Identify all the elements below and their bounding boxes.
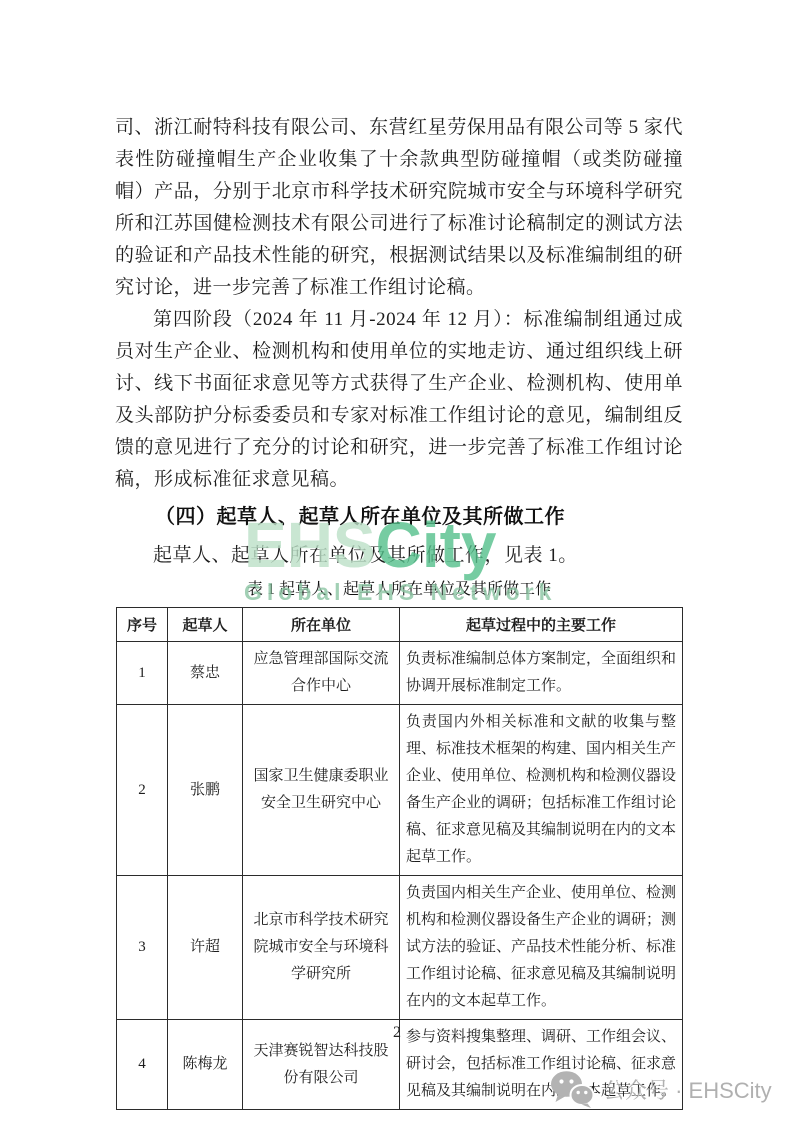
- lead-paragraph: 起草人、起草人所在单位及其所做工作，见表 1。: [115, 540, 683, 572]
- cell-name: 蔡忠: [168, 642, 243, 705]
- cell-work: 负责国内相关生产企业、使用单位、检测机构和检测仪器设备生产企业的调研；测试方法的…: [400, 876, 683, 1020]
- cell-org: 国家卫生健康委职业安全卫生研究中心: [243, 705, 400, 876]
- paragraph-stage4: 第四阶段（2024 年 11 月-2024 年 12 月）：标准编制组通过成员对…: [115, 304, 683, 496]
- wechat-badge-text: 公众号 · EHSCity: [603, 1074, 772, 1105]
- table-caption: 表 1 起草人、起草人所在单位及其所做工作: [115, 576, 683, 599]
- cell-seq: 2: [117, 705, 168, 876]
- col-header-name: 起草人: [168, 608, 243, 642]
- col-header-seq: 序号: [117, 608, 168, 642]
- table-row: 3 许超 北京市科学技术研究院城市安全与环境科学研究所 负责国内相关生产企业、使…: [117, 876, 683, 1020]
- table-header-row: 序号 起草人 所在单位 起草过程中的主要工作: [117, 608, 683, 642]
- page-content: 司、浙江耐特科技有限公司、东营红星劳保用品有限公司等 5 家代表性防碰撞帽生产企…: [115, 112, 683, 1110]
- cell-name: 张鹏: [168, 705, 243, 876]
- cell-seq: 3: [117, 876, 168, 1020]
- table-row: 2 张鹏 国家卫生健康委职业安全卫生研究中心 负责国内外相关标准和文献的收集与整…: [117, 705, 683, 876]
- cell-seq: 1: [117, 642, 168, 705]
- paragraph-continued: 司、浙江耐特科技有限公司、东营红星劳保用品有限公司等 5 家代表性防碰撞帽生产企…: [115, 112, 683, 304]
- page-number: 2: [0, 1024, 794, 1042]
- table-row: 1 蔡忠 应急管理部国际交流合作中心 负责标准编制总体方案制定，全面组织和协调开…: [117, 642, 683, 705]
- document-page: 司、浙江耐特科技有限公司、东营红星劳保用品有限公司等 5 家代表性防碰撞帽生产企…: [0, 0, 794, 1123]
- cell-org: 北京市科学技术研究院城市安全与环境科学研究所: [243, 876, 400, 1020]
- cell-work: 负责国内外相关标准和文献的收集与整理、标准技术框架的构建、国内相关生产企业、使用…: [400, 705, 683, 876]
- wechat-badge: 公众号 · EHSCity: [550, 1070, 772, 1108]
- cell-name: 许超: [168, 876, 243, 1020]
- cell-org: 应急管理部国际交流合作中心: [243, 642, 400, 705]
- col-header-org: 所在单位: [243, 608, 400, 642]
- col-header-work: 起草过程中的主要工作: [400, 608, 683, 642]
- section-heading: （四）起草人、起草人所在单位及其所做工作: [115, 503, 683, 531]
- wechat-icon: [550, 1070, 594, 1108]
- cell-work: 负责标准编制总体方案制定，全面组织和协调开展标准制定工作。: [400, 642, 683, 705]
